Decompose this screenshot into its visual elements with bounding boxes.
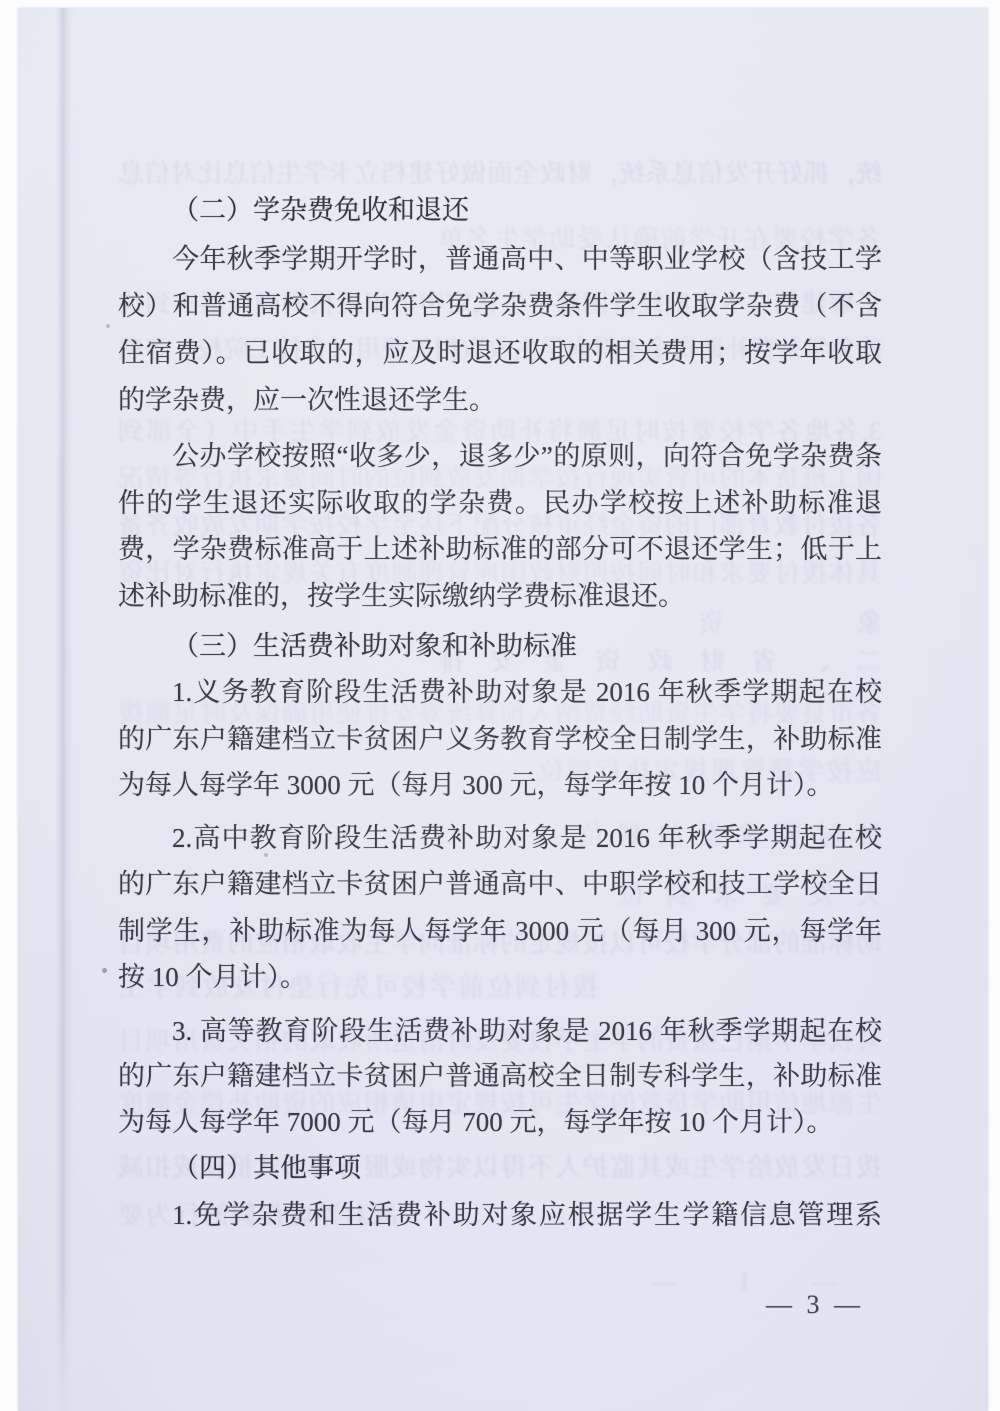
text-line: 的学杂费，应一次性退还学生。 [118,382,882,418]
scan-speck [102,968,107,973]
section-heading-2: （二）学杂费免收和退还 [118,192,882,228]
page-fold-fade [48,1271,84,1411]
text-line: 今年秋季学期开学时，普通高中、中等职业学校（含技工学 [118,241,882,277]
text-line: 1.免学杂费和生活费补助对象应根据学生学籍信息管理系 [118,1197,882,1233]
text-line: 1.义务教育阶段生活费补助对象是 2016 年秋季学期起在校 [118,674,882,710]
scan-speck [264,853,268,857]
text-line: 3. 高等教育阶段生活费补助对象是 2016 年秋季学期起在校 [118,1013,882,1049]
text-line: 的广东户籍建档立卡贫困户义务教育学校全日制学生，补助标准 [118,721,882,757]
text-line: 校）和普通高校不得向符合免学杂费条件学生收取学杂费（不含 [118,288,882,324]
text-line: 住宿费）。已收取的，应及时退还收取的相关费用；按学年收取 [118,335,882,371]
text-line: 制学生，补助标准为每人每学年 3000 元（每月 300 元，每学年 [118,913,882,949]
text-line: 为每人每学年 7000 元（每月 700 元，每学年按 10 个月计）。 [118,1104,882,1140]
text-line: 件的学生退还实际收取的学杂费。民办学校按上述补助标准退 [118,485,882,521]
section-heading-4: （四）其他事项 [118,1150,882,1186]
text-line: 2.高中教育阶段生活费补助对象是 2016 年秋季学期起在校 [118,820,882,856]
text-line: 的广东户籍建档立卡贫困户普通高中、中职学校和技工学校全日 [118,866,882,902]
text-line: 为每人每学年 3000 元（每月 300 元，每学年按 10 个月计）。 [118,767,882,803]
bleedthrough-line: 统，抓好开发信息系统，财政全面做好建档立卡学生信息比对信息 [118,158,882,190]
text-line: 的广东户籍建档立卡贫困户普通高校全日制专科学生，补助标准 [118,1058,882,1094]
text-line: 公办学校按照“收多少，退多少”的原则，向符合免学杂费条 [118,438,882,474]
text-line: 述补助标准的，按学生实际缴纳学费标准退还。 [118,578,882,614]
scanned-document-canvas: 统，抓好开发信息系统，财政全面做好建档立卡学生信息比对信息 各学校要在开学前确认… [0,0,1000,1411]
document-page: 统，抓好开发信息系统，财政全面做好建档立卡学生信息比对信息 各学校要在开学前确认… [18,8,988,1411]
page-number: — 3 — [766,1290,896,1320]
text-line: 按 10 个月计）。 [118,959,882,995]
text-line: 费，学杂费标准高于上述补助标准的部分可不退还学生；低于上 [118,531,882,567]
section-heading-3: （三）生活费补助对象和补助标准 [118,628,882,664]
scan-speck [106,324,110,328]
page-fold-shadow [56,8,74,1411]
